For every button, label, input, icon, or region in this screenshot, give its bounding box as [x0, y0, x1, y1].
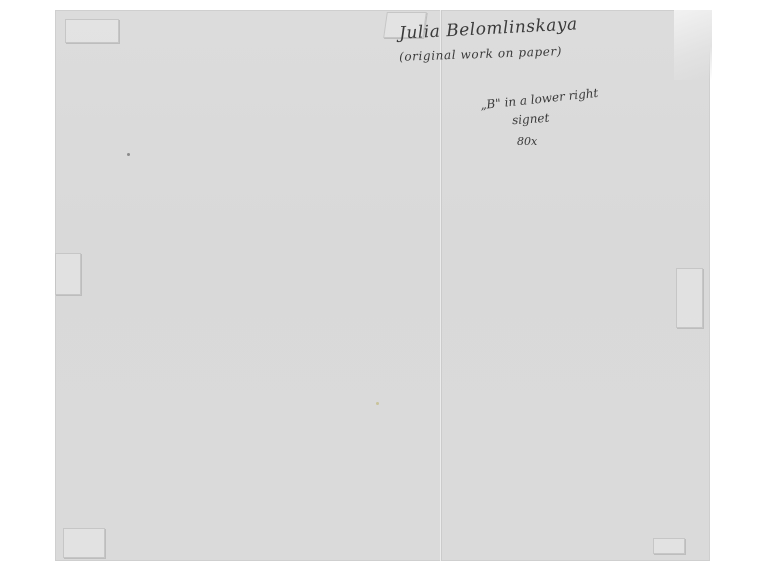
tape-top-left: [65, 19, 119, 43]
corner-curl: [674, 10, 712, 80]
tape-right-middle: [676, 268, 703, 328]
center-fold: [440, 10, 441, 561]
note-signed: signet: [512, 111, 550, 128]
tape-bottom-left: [63, 528, 105, 558]
speck: [376, 402, 379, 405]
paper-sheet: [55, 10, 710, 561]
tape-left-middle: [55, 253, 81, 295]
note-count: 80x: [517, 135, 537, 148]
speck: [127, 153, 130, 156]
tape-bottom-right: [653, 538, 685, 554]
